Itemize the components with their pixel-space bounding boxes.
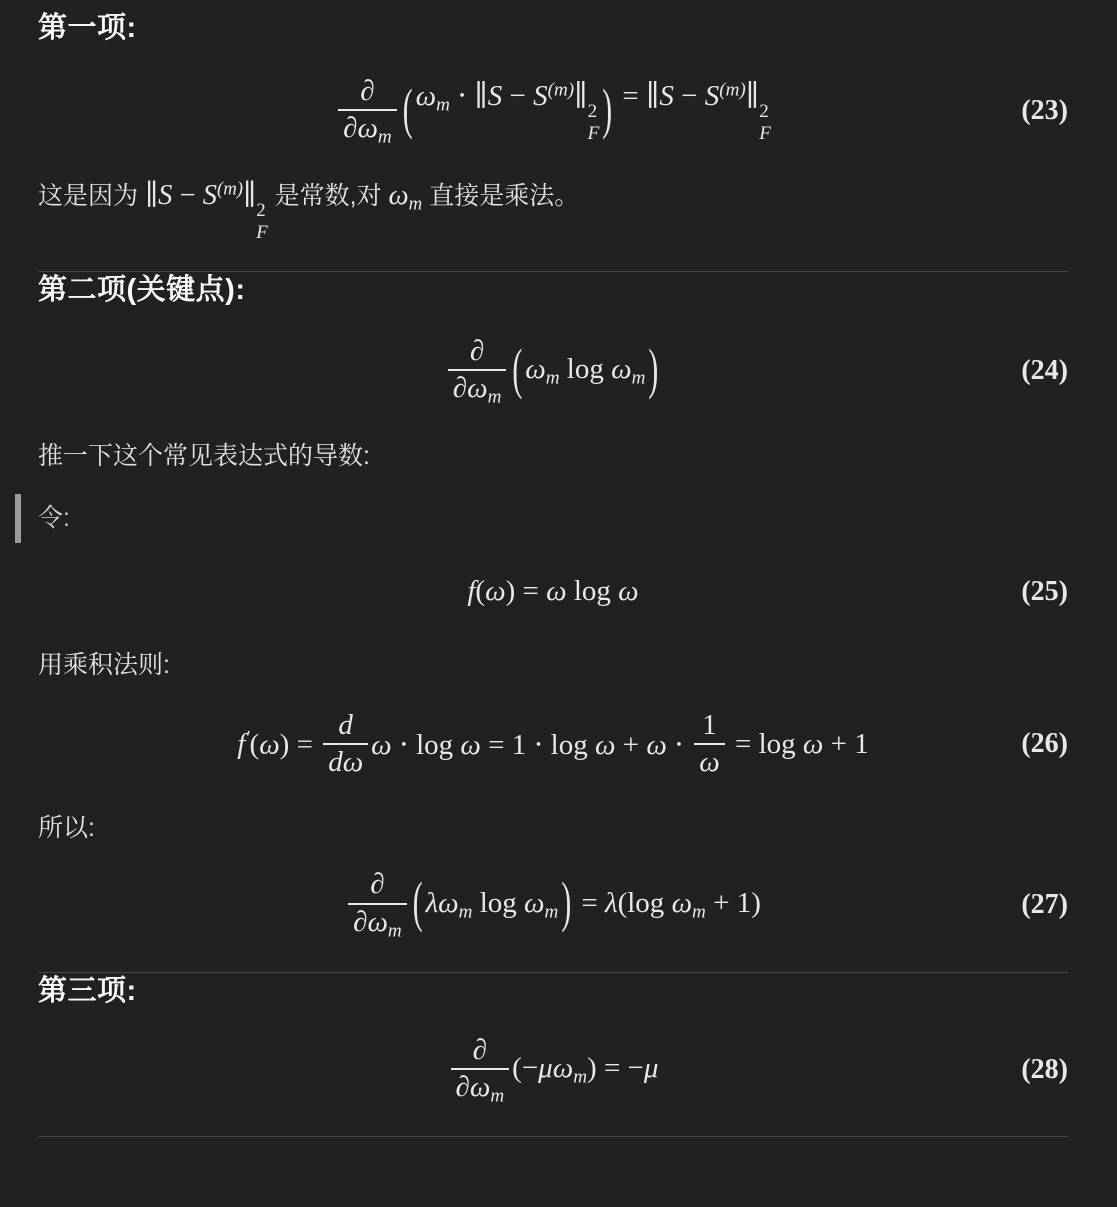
math-fraction: ddω [323, 708, 368, 781]
text-segment: 直接是乘法。 [422, 182, 579, 210]
section-heading-term1: 第一项: [38, 10, 1068, 46]
equation-body: ∂∂ωm(ωm log ωm) [445, 334, 662, 409]
display-equation-26: f′(ω) = ddωω ⋅ log ω = 1 ⋅ log ω + ω ⋅ 1… [38, 704, 1068, 784]
math-fraction: ∂∂ωm [448, 334, 507, 409]
math-big-paren: ( [512, 340, 522, 403]
math-big-paren: ) [648, 340, 658, 403]
text-segment: 是常数,对 [268, 182, 389, 210]
math-big-paren: ) [561, 874, 571, 937]
display-equation-27: ∂∂ωm(λωm log ωm) = λ(log ωm + 1) (27) [38, 866, 1068, 944]
equation-body: f(ω) = ω log ω [467, 575, 638, 608]
math-fraction: ∂∂ωm [451, 1033, 510, 1108]
math-big-paren: ( [413, 874, 423, 937]
equation-number: (27) [1021, 889, 1068, 921]
math-fraction: 1ω [694, 708, 724, 781]
divider [38, 1136, 1068, 1137]
paragraph-product-rule: 用乘积法则: [38, 647, 1068, 685]
inline-math: ∥S − S(m)∥2F [145, 180, 268, 211]
equation-body: ∂∂ωm(ωm ⋅ ∥S − S(m)∥2F) = ∥S − S(m)∥2F [335, 74, 771, 149]
equation-body: ∂∂ωm(−μωm) = −μ [448, 1033, 659, 1108]
blockquote-let: 令: [15, 494, 1068, 543]
equation-body: f′(ω) = ddωω ⋅ log ω = 1 ⋅ log ω + ω ⋅ 1… [237, 708, 868, 781]
math-fraction: ∂∂ωm [348, 867, 407, 942]
paragraph-derive-intro: 推一下这个常见表达式的导数: [38, 438, 1068, 476]
text-segment: 这是因为 [38, 182, 145, 210]
display-equation-25: f(ω) = ω log ω (25) [38, 569, 1068, 615]
equation-number: (24) [1021, 355, 1068, 387]
math-big-paren: ) [602, 80, 612, 143]
display-equation-23: ∂∂ωm(ωm ⋅ ∥S − S(m)∥2F) = ∥S − S(m)∥2F (… [38, 72, 1068, 150]
section-heading-term3: 第三项: [38, 973, 1068, 1009]
equation-body: ∂∂ωm(λωm log ωm) = λ(log ωm + 1) [345, 867, 761, 942]
equation-number: (26) [1021, 728, 1068, 760]
paragraph-explanation-term1: 这是因为 ∥S − S(m)∥2F 是常数,对 ωm 直接是乘法。 [38, 175, 1068, 243]
blockquote-text: 令: [38, 504, 70, 532]
paragraph-therefore: 所以: [38, 810, 1068, 848]
document-page: 第一项: ∂∂ωm(ωm ⋅ ∥S − S(m)∥2F) = ∥S − S(m)… [0, 0, 1117, 1207]
math-big-paren: ( [403, 80, 413, 143]
math-fraction: ∂∂ωm [338, 74, 397, 149]
display-equation-24: ∂∂ωm(ωm log ωm) (24) [38, 332, 1068, 410]
display-equation-28: ∂∂ωm(−μωm) = −μ (28) [38, 1031, 1068, 1109]
section-heading-term2: 第二项(关键点): [38, 272, 1068, 308]
equation-number: (28) [1021, 1054, 1068, 1086]
equation-number: (25) [1021, 576, 1068, 608]
inline-math: ωm [389, 180, 423, 211]
equation-number: (23) [1021, 95, 1068, 127]
